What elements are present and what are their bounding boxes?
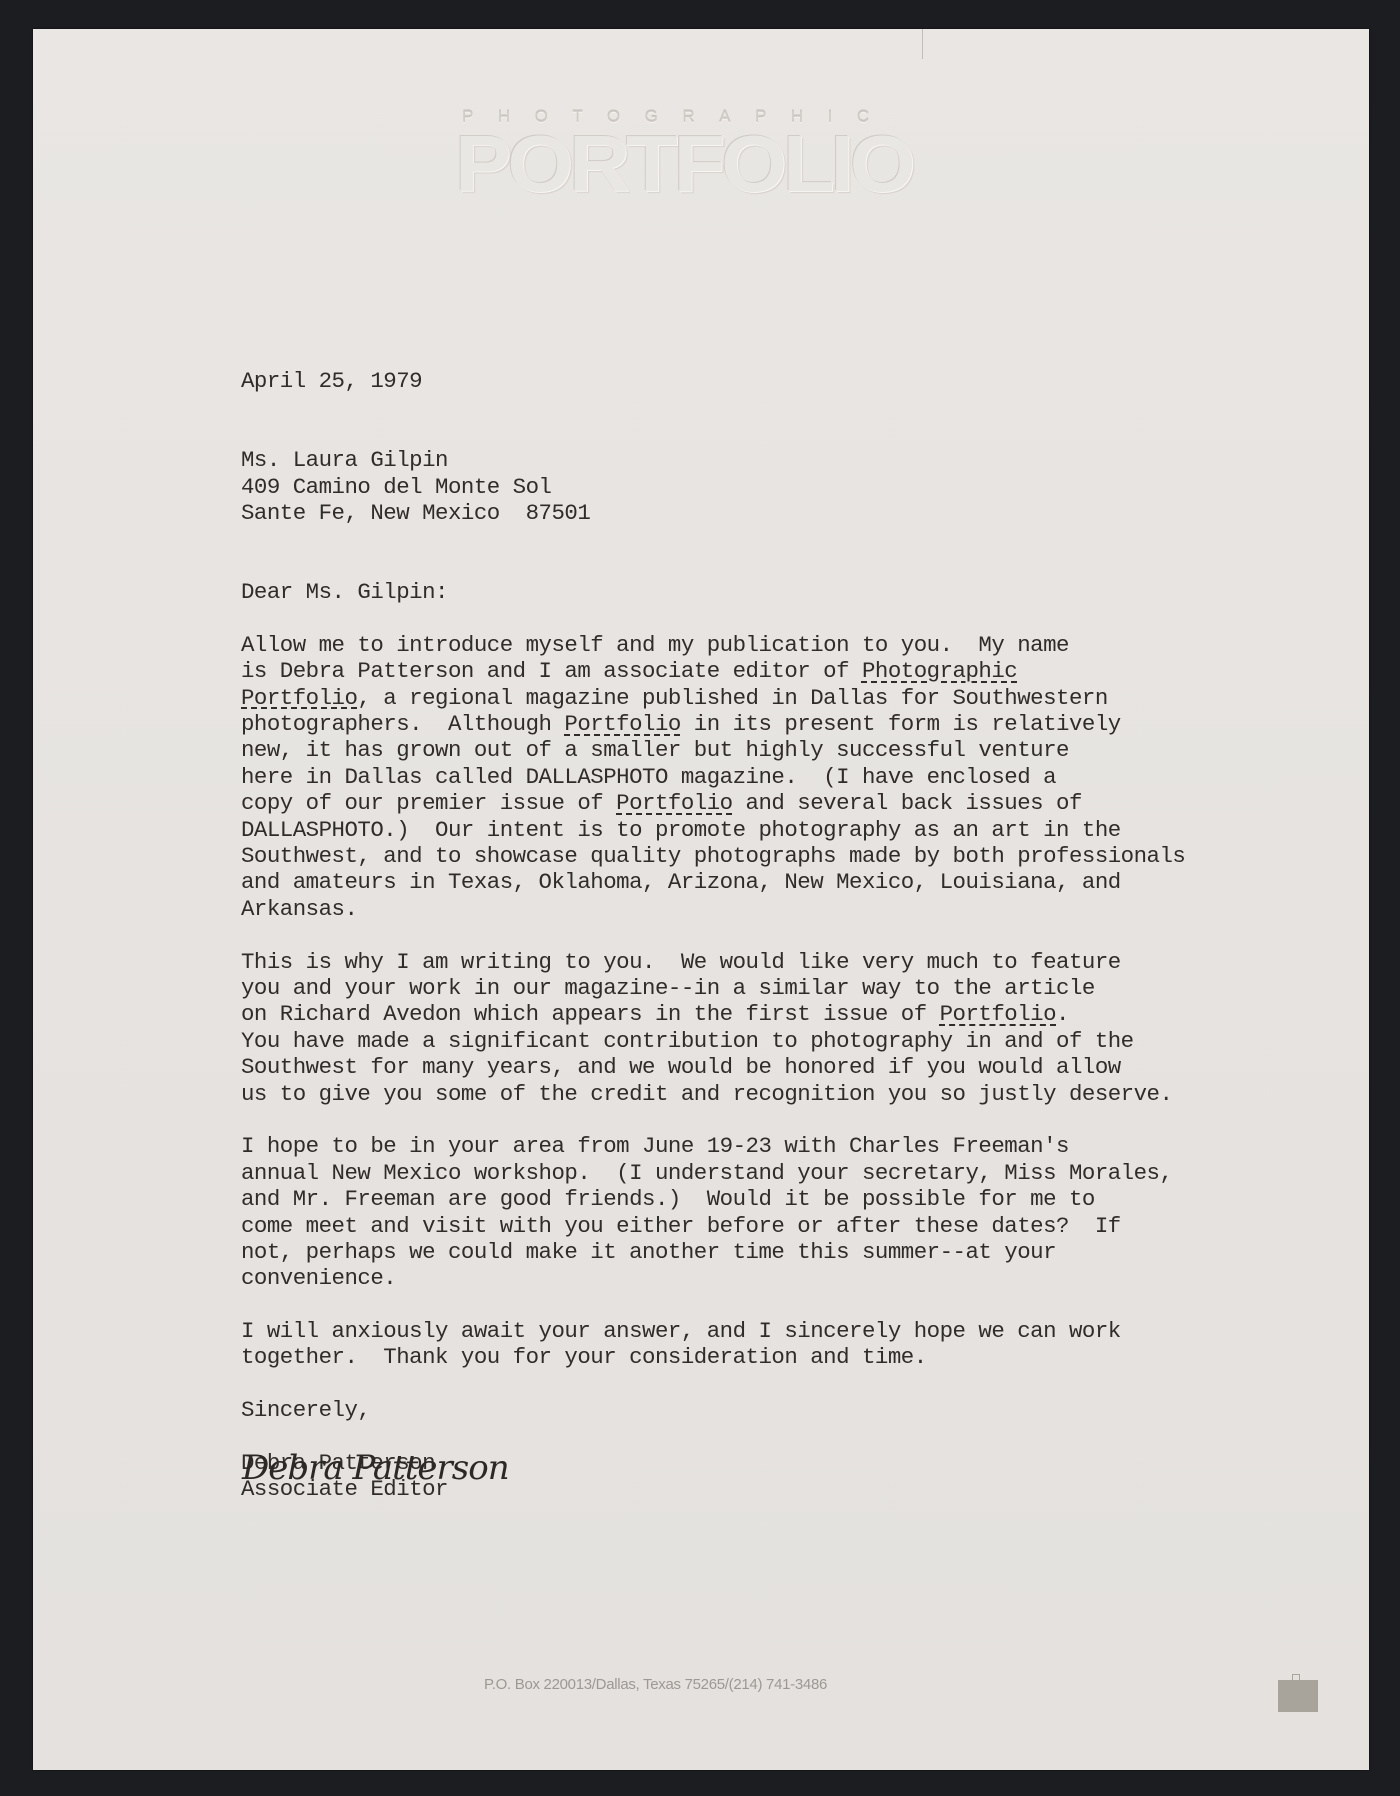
paragraph-line: new, it has grown out of a smaller but h… xyxy=(241,737,1301,763)
portfolio-case-icon xyxy=(1278,1680,1318,1712)
recipient-address: Ms. Laura Gilpin 409 Camino del Monte So… xyxy=(241,447,1301,526)
text-run: new, it has grown out of a smaller but h… xyxy=(241,737,1069,763)
paragraph: I hope to be in your area from June 19-2… xyxy=(241,1133,1301,1291)
text-run: Southwest for many years, and we would b… xyxy=(241,1054,1121,1080)
text-run: , a regional magazine published in Dalla… xyxy=(357,685,1107,711)
letterhead-title: PORTFOLIO xyxy=(455,126,911,202)
paragraph-line: Southwest, and to showcase quality photo… xyxy=(241,843,1301,869)
text-run: Allow me to introduce myself and my publ… xyxy=(241,632,1069,658)
paragraph-line: together. Thank you for your considerati… xyxy=(241,1344,1301,1370)
underlined-title: Portfolio xyxy=(616,790,732,816)
paragraph: This is why I am writing to you. We woul… xyxy=(241,949,1301,1107)
paragraph-line: Arkansas. xyxy=(241,896,1301,922)
underlined-title: Portfolio xyxy=(564,711,680,737)
underlined-title: Portfolio xyxy=(241,685,357,711)
text-run: I hope to be in your area from June 19-2… xyxy=(241,1133,1069,1159)
text-run: photographers. Although xyxy=(241,711,564,737)
closing: Sincerely, xyxy=(241,1397,1301,1423)
text-run: in its present form is relatively xyxy=(681,711,1121,737)
paragraph-line: This is why I am writing to you. We woul… xyxy=(241,949,1301,975)
salutation: Dear Ms. Gilpin: xyxy=(241,579,1301,605)
footer-address: P.O. Box 220013/Dallas, Texas 75265/(214… xyxy=(484,1676,827,1693)
paragraph-line: Portfolio, a regional magazine published… xyxy=(241,685,1301,711)
paragraph-line: you and your work in our magazine--in a … xyxy=(241,975,1301,1001)
paragraph-line: and amateurs in Texas, Oklahoma, Arizona… xyxy=(241,869,1301,895)
text-run: DALLASPHOTO.) Our intent is to promote p… xyxy=(241,817,1121,843)
paragraph-line: here in Dallas called DALLASPHOTO magazi… xyxy=(241,764,1301,790)
text-run: on Richard Avedon which appears in the f… xyxy=(241,1001,940,1027)
text-run: is Debra Patterson and I am associate ed… xyxy=(241,658,862,684)
paragraph-line: on Richard Avedon which appears in the f… xyxy=(241,1001,1301,1027)
paragraph-line: I hope to be in your area from June 19-2… xyxy=(241,1133,1301,1159)
paragraph-line: annual New Mexico workshop. (I understan… xyxy=(241,1160,1301,1186)
text-run: and amateurs in Texas, Oklahoma, Arizona… xyxy=(241,869,1121,895)
paragraph-line: convenience. xyxy=(241,1265,1301,1291)
paragraph-line: I will anxiously await your answer, and … xyxy=(241,1318,1301,1344)
paragraph: I will anxiously await your answer, and … xyxy=(241,1318,1301,1371)
handwritten-signature: Debra Patterson xyxy=(242,1448,509,1488)
letter-paragraphs: Allow me to introduce myself and my publ… xyxy=(241,632,1301,1371)
paragraph: Allow me to introduce myself and my publ… xyxy=(241,632,1301,922)
paragraph-line: and Mr. Freeman are good friends.) Would… xyxy=(241,1186,1301,1212)
text-run: copy of our premier issue of xyxy=(241,790,616,816)
text-run: here in Dallas called DALLASPHOTO magazi… xyxy=(241,764,1056,790)
paragraph-line: photographers. Although Portfolio in its… xyxy=(241,711,1301,737)
paragraph-line: Allow me to introduce myself and my publ… xyxy=(241,632,1301,658)
text-run: and several back issues of xyxy=(733,790,1082,816)
text-run: not, perhaps we could make it another ti… xyxy=(241,1239,1056,1265)
recipient-line: Sante Fe, New Mexico 87501 xyxy=(241,500,1301,526)
paragraph-line: copy of our premier issue of Portfolio a… xyxy=(241,790,1301,816)
letter-body: April 25, 1979 Ms. Laura Gilpin 409 Cami… xyxy=(241,368,1301,1503)
text-run: Arkansas. xyxy=(241,896,357,922)
paragraph-line: DALLASPHOTO.) Our intent is to promote p… xyxy=(241,817,1301,843)
paragraph-line: come meet and visit with you either befo… xyxy=(241,1213,1301,1239)
text-run: you and your work in our magazine--in a … xyxy=(241,975,1095,1001)
underlined-title: Portfolio xyxy=(940,1001,1056,1027)
underlined-title: Photographic xyxy=(862,658,1017,684)
paragraph-line: You have made a significant contribution… xyxy=(241,1028,1301,1054)
paragraph-line: us to give you some of the credit and re… xyxy=(241,1081,1301,1107)
text-run: This is why I am writing to you. We woul… xyxy=(241,949,1121,975)
text-run: Southwest, and to showcase quality photo… xyxy=(241,843,1185,869)
recipient-line: 409 Camino del Monte Sol xyxy=(241,474,1301,500)
text-run: . xyxy=(1056,1001,1069,1027)
text-run: together. Thank you for your considerati… xyxy=(241,1344,927,1370)
text-run: You have made a significant contribution… xyxy=(241,1028,1134,1054)
paragraph-line: is Debra Patterson and I am associate ed… xyxy=(241,658,1301,684)
text-run: come meet and visit with you either befo… xyxy=(241,1213,1121,1239)
text-run: convenience. xyxy=(241,1265,396,1291)
text-run: annual New Mexico workshop. (I understan… xyxy=(241,1160,1172,1186)
letter-date: April 25, 1979 xyxy=(241,368,1301,394)
text-run: I will anxiously await your answer, and … xyxy=(241,1318,1121,1344)
recipient-line: Ms. Laura Gilpin xyxy=(241,447,1301,473)
text-run: us to give you some of the credit and re… xyxy=(241,1081,1172,1107)
text-run: and Mr. Freeman are good friends.) Would… xyxy=(241,1186,1095,1212)
paper-crease xyxy=(922,29,923,59)
paragraph-line: not, perhaps we could make it another ti… xyxy=(241,1239,1301,1265)
paragraph-line: Southwest for many years, and we would b… xyxy=(241,1054,1301,1080)
